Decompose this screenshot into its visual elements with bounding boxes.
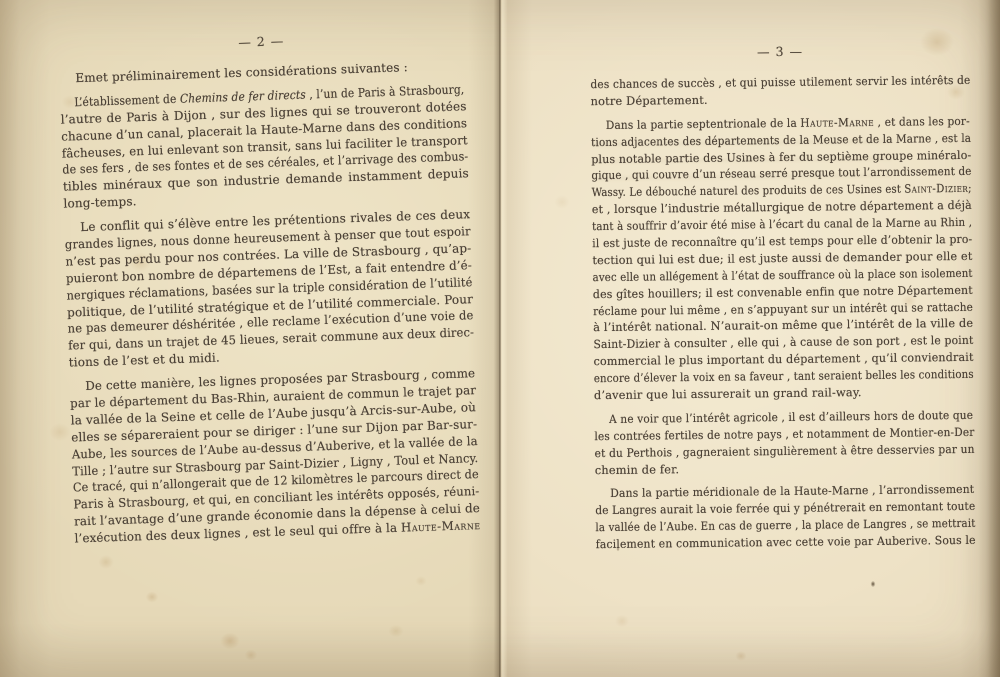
smallcaps-text: Haute-Marne <box>800 115 874 130</box>
paragraph: Dans la partie méridionale de la Haute-M… <box>595 481 976 553</box>
text-run: Emet préliminairement les considérations… <box>75 60 408 85</box>
text-run: A ne voir que l’intérêt agricole , il es… <box>609 408 973 426</box>
smallcaps-text: Saint-Dizier <box>904 181 968 196</box>
text-run: ; <box>968 181 972 195</box>
left-page-content: — 2 — Emet préliminairement les considér… <box>58 27 481 547</box>
text-run: , et dans les por- <box>874 114 970 129</box>
paragraph: Dans la partie septentrionale de la Haut… <box>591 113 974 404</box>
text-run: Dans la partie septentrionale de la <box>606 116 801 132</box>
text-run: Dans la partie méridionale de la Haute-M… <box>610 482 974 500</box>
text-run: chemin de fer. <box>595 462 680 477</box>
text-run: facilement en communication avec cette v… <box>596 533 976 551</box>
right-page: — 3 — des chances de succès , et qui pui… <box>500 0 1000 677</box>
right-page-content: — 3 — des chances de succès , et qui pui… <box>590 42 976 553</box>
paragraph: L’établissement de Chemins de fer direct… <box>60 81 470 213</box>
paragraph: Le conflit qui s’élève entre les prétent… <box>64 206 475 371</box>
italic-text: Chemins de fer directs <box>180 87 306 105</box>
paragraph: des chances de succès , et qui puisse ut… <box>590 72 970 110</box>
text-run: Wassy. Le débouché naturel des produits … <box>592 182 905 200</box>
paragraph: A ne voir que l’intérêt agricole , il es… <box>594 407 975 479</box>
text-run: encore d’élever la voix en sa faveur , t… <box>594 367 974 385</box>
left-page: — 2 — Emet préliminairement les considér… <box>0 0 500 677</box>
text-run: long-temps. <box>63 194 137 210</box>
text-run: L’établissement de <box>74 92 180 109</box>
smallcaps-text: Haute-Marne <box>401 518 481 535</box>
page-number: — 3 — <box>590 42 970 61</box>
text-run: notre Département. <box>591 93 708 108</box>
text-run: d’avenir que lui assurerait un grand rai… <box>594 385 862 402</box>
page-text: des chances de succès , et qui puisse ut… <box>590 72 975 553</box>
text-run: des chances de succès , et qui puisse ut… <box>590 73 970 91</box>
page-number: — 2 — <box>58 27 464 55</box>
page-text: Emet préliminairement les considérations… <box>59 57 481 547</box>
text-run: et du Perthois , gagneraient singulièrem… <box>595 442 975 460</box>
paragraph: De cette manière, les lignes proposées p… <box>69 365 480 547</box>
scanned-book-spread: — 2 — Emet préliminairement les considér… <box>0 0 1000 677</box>
text-line: facilement en communication avec cette v… <box>596 532 959 553</box>
